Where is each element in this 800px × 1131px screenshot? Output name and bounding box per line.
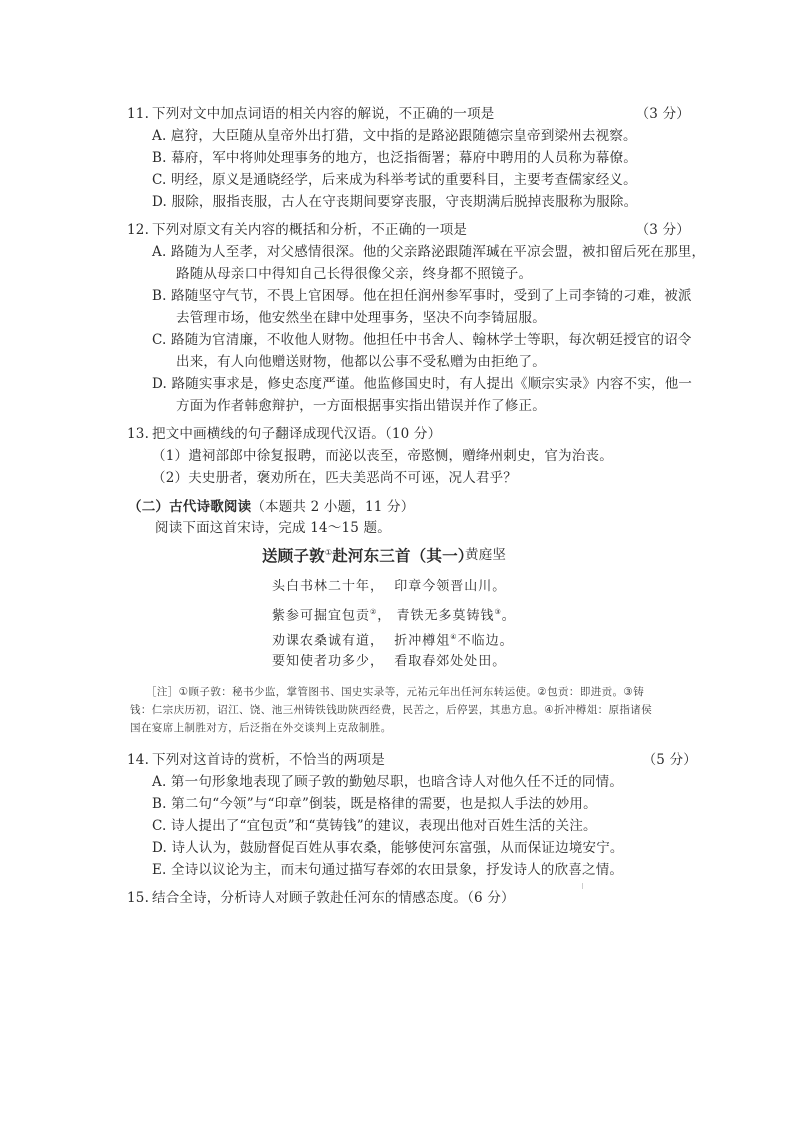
poem-line-4: 要知使者功多少， 看取春郊处处田。 bbox=[272, 653, 506, 671]
question-number: 11. bbox=[127, 105, 149, 123]
section-heading: （二）古代诗歌阅读（本题共 2 小题，11 分） bbox=[128, 498, 414, 516]
option-a: A. 路随为人至孝，对父感情很深。他的父亲路泌跟随浑瑊在平凉会盟，被扣留后死在那… bbox=[152, 243, 705, 261]
punctuation: 。 bbox=[502, 608, 516, 623]
poem-verse: 不临边。 bbox=[458, 633, 514, 648]
section-intro: 阅读下面这首宋诗，完成 14～15 题。 bbox=[155, 519, 391, 537]
question-stem: 把文中画横线的句子翻译成现代汉语。（10 分） bbox=[152, 425, 441, 443]
footnote-line-1: ［注］①顾子敦：秘书少监，掌管图书、国史实录等，元祐元年出任河东转运使。②包贡：… bbox=[146, 684, 644, 700]
poem-line-2: 紫参可掘宜包贡②， 青铁无多莫铸钱③。 bbox=[272, 603, 516, 625]
question-number: 15. bbox=[127, 889, 149, 907]
section-note: （本题共 2 小题，11 分） bbox=[251, 499, 414, 515]
option-c-continued: 出来，有人向他赠送财物，他都以公事不受私赠为由拒绝了。 bbox=[176, 353, 546, 371]
exam-page: 11. 下列对文中加点词语的相关内容的解说，不正确的一项是 （3 分） A. 扈… bbox=[0, 0, 800, 1131]
question-stem: 下列对原文有关内容的概括和分析，不正确的一项是 bbox=[152, 221, 467, 239]
poem-verse: 要知使者功多少， bbox=[272, 654, 384, 669]
footnote-line-3: 国在宴席上制胜对方，后泛指在外交谈判上克敌制胜。 bbox=[130, 720, 392, 736]
footnote-marker: ③ bbox=[494, 608, 501, 616]
option-c: C. 明经，原义是通晓经学，后来成为科举考试的重要科目，主要考查儒家经义。 bbox=[152, 171, 637, 189]
footnote-line-2: 钱：仁宗庆历初，诏江、饶、池三州铸铁钱助陕西经费，民苦之，后停罢，其患方息。④折… bbox=[130, 702, 652, 718]
poem-verse: 紫参可掘宜包贡 bbox=[272, 608, 370, 623]
poem-line-1: 头白书林二十年， 印章今领晋山川。 bbox=[272, 578, 506, 596]
question-number: 13. bbox=[127, 425, 149, 443]
question-number: 14. bbox=[127, 751, 149, 769]
poem-title-part1: 送顾子敦 bbox=[262, 546, 325, 565]
option-d-continued: 方面为作者韩愈辩护，一方面根据事实指出错误并作了修正。 bbox=[176, 397, 546, 415]
option-c: C. 路随为官清廉，不收他人财物。他担任中书舍人、翰林学士等职，每次朝廷授官的诏… bbox=[152, 331, 692, 349]
question-stem: 下列对文中加点词语的相关内容的解说，不正确的一项是 bbox=[152, 105, 495, 123]
poem-verse: 劝课农桑诚有道， bbox=[272, 633, 384, 648]
poem-verse: 印章今领晋山川。 bbox=[394, 579, 506, 594]
option-a-continued: 路随从母亲口中得知自己长得很像父亲，终身都不照镜子。 bbox=[176, 265, 532, 283]
question-number: 12. bbox=[127, 221, 149, 239]
option-b: B. 幕府，军中将帅处理事务的地方，也泛指衙署；幕府中聘用的人员称为幕僚。 bbox=[152, 149, 637, 167]
scan-artifact bbox=[582, 883, 583, 889]
poem-line-3: 劝课农桑诚有道， 折冲樽俎④不临边。 bbox=[272, 628, 514, 650]
question-score: （3 分） bbox=[636, 105, 690, 123]
question-score: （5 分） bbox=[643, 751, 697, 769]
translation-item-2: （2）夫史册者，褒劝所在，匹夫美恶尚不可诬，况人君乎？ bbox=[152, 469, 517, 487]
section-title: （二）古代诗歌阅读 bbox=[128, 499, 251, 515]
translation-item-1: （1）遣祠部郎中徐复报聘，而泌以丧至，帝愍恻，赠绛州刺史，官为治丧。 bbox=[152, 447, 613, 465]
poem-verse: 折冲樽俎 bbox=[394, 633, 450, 648]
option-b: B. 路随坚守气节，不畏上官困辱。他在担任润州参军事时，受到了上司李锜的刁难，被… bbox=[152, 287, 692, 305]
question-stem: 下列对这首诗的赏析，不恰当的两项是 bbox=[152, 751, 385, 769]
option-d: D. 诗人认为，鼓励督促百姓从事农桑，能够使河东富强，从而保证边境安宁。 bbox=[152, 839, 624, 857]
question-stem: 结合全诗，分析诗人对顾子敦赴任河东的情感态度。（6 分） bbox=[152, 889, 515, 907]
option-d: D. 路随实事求是，修史态度严谨。他监修国史时，有人提出《顺宗实录》内容不实，他… bbox=[152, 375, 692, 393]
option-c: C. 诗人提出了“宜包贡”和“莫铸钱”的建议，表现出他对百姓生活的关注。 bbox=[152, 817, 597, 835]
punctuation: ， bbox=[377, 608, 391, 623]
question-score: （3 分） bbox=[636, 221, 690, 239]
option-a: A. 第一句形象地表现了顾子敦的勤勉尽职，也暗含诗人对他久任不迁的同情。 bbox=[152, 773, 623, 791]
option-e: E. 全诗以议论为主，而末句通过描写春郊的农田景象，抒发诗人的欣喜之情。 bbox=[152, 861, 623, 879]
poem-title: 送顾子敦①赴河东三首（其一） bbox=[262, 544, 474, 565]
option-b-continued: 去管理市场，他安然坐在肆中处理事务，坚决不向李锜屈服。 bbox=[176, 309, 546, 327]
poem-title-part2: 赴河东三首（其一） bbox=[332, 546, 473, 565]
poem-author: 黄庭坚 bbox=[465, 546, 506, 564]
poem-verse: 看取春郊处处田。 bbox=[394, 654, 506, 669]
option-b: B. 第二句“今领”与“印章”倒装，既是格律的需要，也是拟人手法的妙用。 bbox=[152, 795, 597, 813]
option-d: D. 服除，服指丧服，古人在守丧期间要穿丧服，守丧期满后脱掉丧服称为服除。 bbox=[152, 193, 637, 211]
option-a: A. 扈狩，大臣随从皇帝外出打猎，文中指的是路泌跟随德宗皇帝到梁州去视察。 bbox=[152, 127, 637, 145]
poem-verse: 头白书林二十年， bbox=[272, 579, 384, 594]
poem-verse: 青铁无多莫铸钱 bbox=[396, 608, 494, 623]
footnote-marker: ④ bbox=[450, 633, 457, 641]
